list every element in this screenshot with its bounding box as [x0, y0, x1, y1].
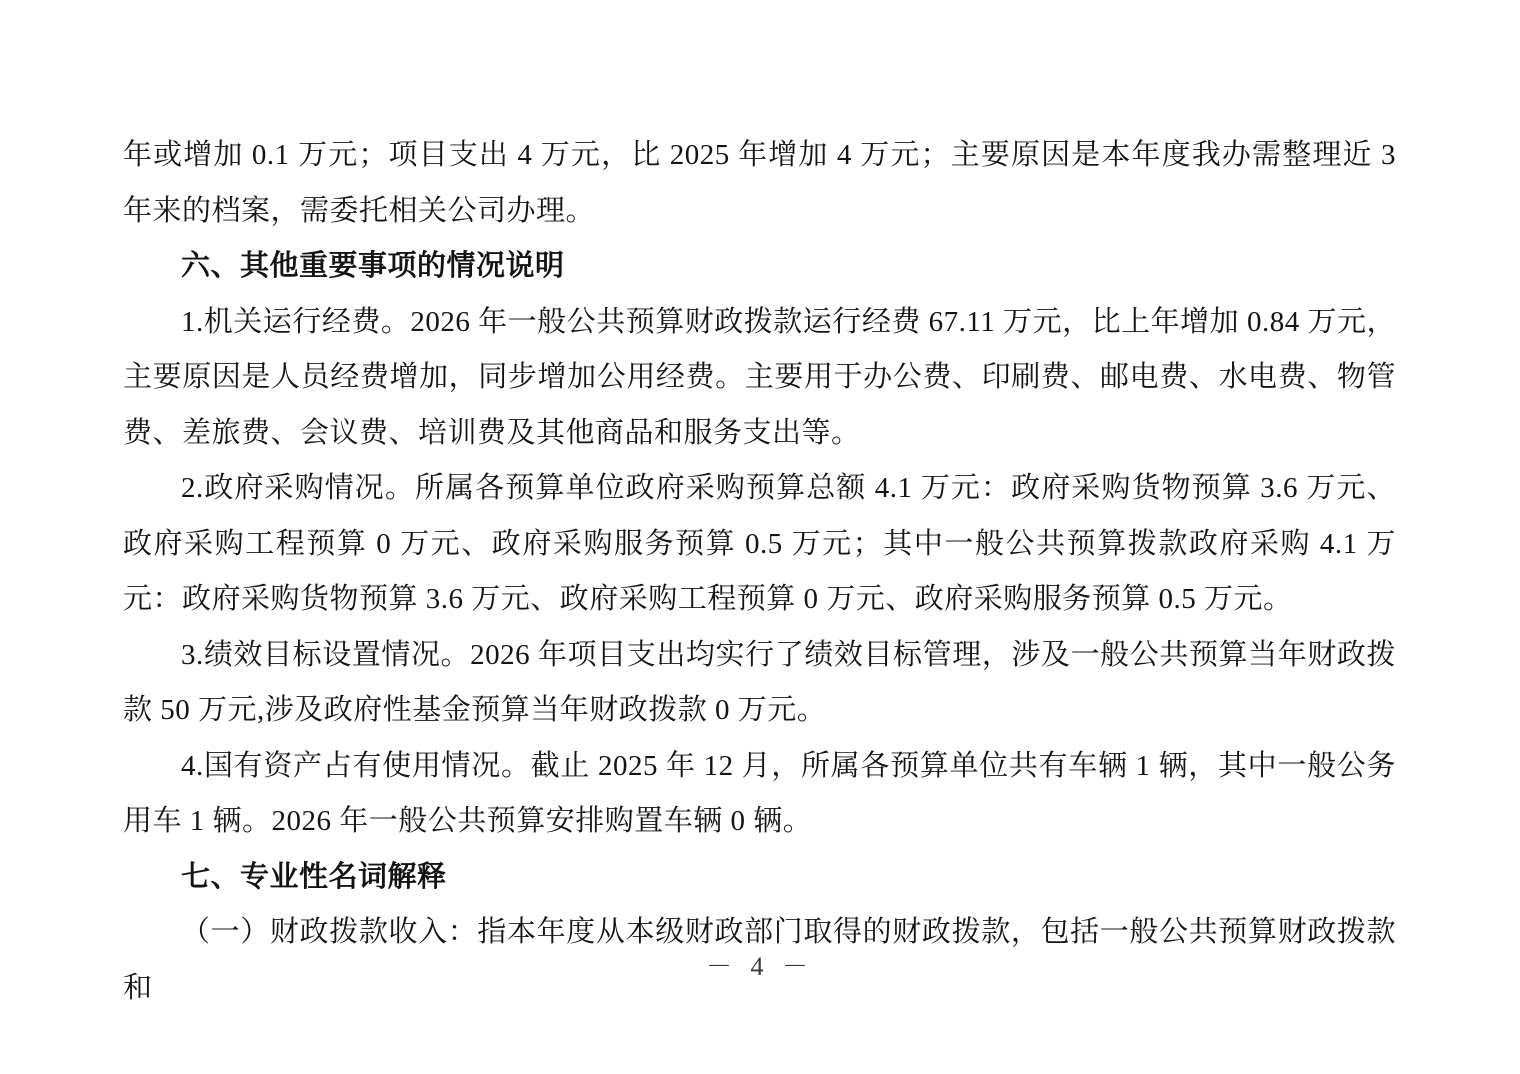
paragraph-1-operating-expenses: 1.机关运行经费。2026 年一般公共预算财政拨款运行经费 67.11 万元，比…	[123, 295, 1396, 462]
paragraph-4-state-owned-assets: 4.国有资产占有使用情况。截止 2025 年 12 月，所属各预算单位共有车辆 …	[123, 739, 1396, 850]
paragraph-3-performance-targets: 3.绩效目标设置情况。2026 年项目支出均实行了绩效目标管理，涉及一般公共预算…	[123, 628, 1396, 739]
paragraph-2-government-procurement: 2.政府采购情况。所属各预算单位政府采购预算总额 4.1 万元：政府采购货物预算…	[123, 461, 1396, 628]
document-body: 年或增加 0.1 万元；项目支出 4 万元，比 2025 年增加 4 万元；主要…	[123, 128, 1396, 1016]
section-heading-six-other-important-matters: 六、其他重要事项的情况说明	[123, 239, 1396, 295]
page-number: － 4 －	[0, 946, 1520, 983]
section-heading-seven-terminology: 七、专业性名词解释	[123, 850, 1396, 906]
document-page: 年或增加 0.1 万元；项目支出 4 万元，比 2025 年增加 4 万元；主要…	[0, 0, 1520, 1074]
paragraph-continuation-project-expenditure: 年或增加 0.1 万元；项目支出 4 万元，比 2025 年增加 4 万元；主要…	[123, 128, 1396, 239]
